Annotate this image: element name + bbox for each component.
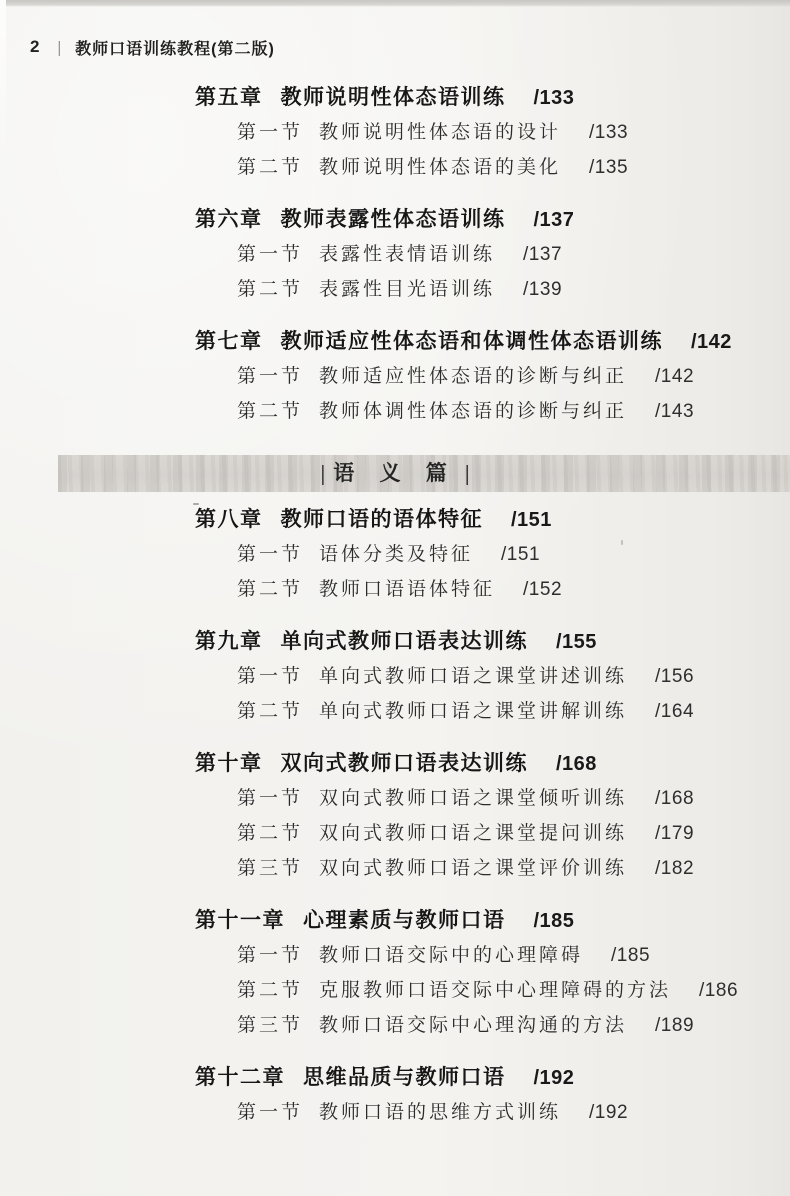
section-row: 第二节教师口语语体特征/152 (0, 576, 790, 604)
chapter-title: 思维品质与教师口语 (303, 1066, 506, 1089)
chapter-title: 教师说明性体态语训练 (281, 86, 506, 109)
part-divider-band: |语 义 篇| (58, 455, 790, 492)
section-page-ref: /137 (523, 244, 562, 265)
toc-chapter-11: 第十一章心理素质与教师口语/185 第一节教师口语交际中的心理障碍/185 第二… (0, 907, 790, 1040)
section-page-ref: /186 (699, 980, 738, 1001)
section-page-ref: /182 (655, 858, 694, 879)
chapter-page-ref: /192 (534, 1067, 575, 1089)
section-title: 克服教师口语交际中心理障碍的方法 (319, 980, 671, 1001)
part-title: 语 义 篇 (333, 461, 457, 485)
chapter-heading: 第八章教师口语的语体特征/151 (0, 506, 790, 534)
toc-chapter-9: 第九章单向式教师口语表达训练/155 第一节单向式教师口语之课堂讲述训练/156… (0, 628, 790, 726)
chapter-heading: 第十二章思维品质与教师口语/192 (0, 1064, 790, 1092)
section-title: 表露性表情语训练 (319, 244, 495, 265)
section-page-ref: /152 (523, 579, 562, 600)
section-row: 第二节双向式教师口语之课堂提问训练/179 (0, 820, 790, 848)
section-row: 第一节单向式教师口语之课堂讲述训练/156 (0, 663, 790, 691)
section-page-ref: /192 (589, 1102, 628, 1123)
section-title: 教师口语语体特征 (319, 579, 495, 600)
scan-speck (621, 540, 623, 545)
chapter-title: 单向式教师口语表达训练 (281, 630, 529, 653)
chapter-page-ref: /137 (534, 209, 575, 231)
section-row: 第一节双向式教师口语之课堂倾听训练/168 (0, 785, 790, 813)
section-number: 第二节 (237, 823, 303, 844)
toc-chapter-8: 第八章教师口语的语体特征/151 第一节语体分类及特征/151 第二节教师口语语… (0, 506, 790, 604)
section-row: 第二节教师说明性体态语的美化/135 (0, 154, 790, 182)
section-row: 第一节教师说明性体态语的设计/133 (0, 119, 790, 147)
part-divider-text: |语 义 篇| (0, 455, 790, 492)
chapter-number: 第九章 (195, 630, 263, 653)
chapter-title: 心理素质与教师口语 (303, 909, 506, 932)
section-title: 教师说明性体态语的设计 (319, 122, 561, 143)
chapter-title: 双向式教师口语表达训练 (281, 752, 529, 775)
chapter-page-ref: /133 (534, 87, 575, 109)
scan-speck (193, 503, 199, 505)
chapter-number: 第七章 (195, 330, 263, 353)
section-page-ref: /135 (589, 157, 628, 178)
section-number: 第一节 (237, 366, 303, 387)
chapter-heading: 第十章双向式教师口语表达训练/168 (0, 750, 790, 778)
section-title: 单向式教师口语之课堂讲解训练 (319, 701, 627, 722)
divider-left-bar: | (320, 454, 325, 495)
chapter-page-ref: /185 (534, 910, 575, 932)
section-number: 第二节 (237, 579, 303, 600)
chapter-heading: 第九章单向式教师口语表达训练/155 (0, 628, 790, 656)
section-page-ref: /185 (611, 945, 650, 966)
section-number: 第三节 (237, 1015, 303, 1036)
section-title: 双向式教师口语之课堂倾听训练 (319, 788, 627, 809)
section-number: 第二节 (237, 980, 303, 1001)
chapter-page-ref: /142 (691, 331, 732, 353)
section-number: 第三节 (237, 858, 303, 879)
section-number: 第一节 (237, 666, 303, 687)
section-page-ref: /143 (655, 401, 694, 422)
chapter-heading: 第六章教师表露性体态语训练/137 (0, 206, 790, 234)
chapter-heading: 第十一章心理素质与教师口语/185 (0, 907, 790, 935)
chapter-number: 第五章 (195, 86, 263, 109)
section-row: 第二节克服教师口语交际中心理障碍的方法/186 (0, 977, 790, 1005)
section-title: 教师口语交际中心理沟通的方法 (319, 1015, 627, 1036)
section-page-ref: /164 (655, 701, 694, 722)
section-row: 第二节教师体调性体态语的诊断与纠正/143 (0, 398, 790, 426)
toc-chapter-12: 第十二章思维品质与教师口语/192 第一节教师口语的思维方式训练/192 (0, 1064, 790, 1127)
divider-right-bar: | (465, 454, 470, 495)
section-row: 第三节双向式教师口语之课堂评价训练/182 (0, 855, 790, 883)
section-title: 教师口语交际中的心理障碍 (319, 945, 583, 966)
section-number: 第一节 (237, 788, 303, 809)
section-row: 第一节语体分类及特征/151 (0, 541, 790, 569)
section-title: 教师口语的思维方式训练 (319, 1102, 561, 1123)
toc-chapter-5: 第五章教师说明性体态语训练/133 第一节教师说明性体态语的设计/133 第二节… (0, 84, 790, 182)
section-row: 第一节教师口语的思维方式训练/192 (0, 1099, 790, 1127)
chapter-number: 第六章 (195, 208, 263, 231)
scanned-book-page: 2 | 教师口语训练教程(第二版) 第五章教师说明性体态语训练/133 第一节教… (0, 0, 790, 1196)
toc-chapter-7: 第七章教师适应性体态语和体调性体态语训练/142 第一节教师适应性体态语的诊断与… (0, 328, 790, 426)
section-row: 第一节教师口语交际中的心理障碍/185 (0, 942, 790, 970)
section-row: 第一节表露性表情语训练/137 (0, 241, 790, 269)
section-title: 教师体调性体态语的诊断与纠正 (319, 401, 627, 422)
section-title: 双向式教师口语之课堂评价训练 (319, 858, 627, 879)
chapter-title: 教师表露性体态语训练 (281, 208, 506, 231)
section-number: 第一节 (237, 544, 303, 565)
section-page-ref: /151 (501, 544, 540, 565)
section-row: 第二节表露性目光语训练/139 (0, 276, 790, 304)
chapter-number: 第十二章 (195, 1066, 285, 1089)
chapter-number: 第十章 (195, 752, 263, 775)
section-number: 第二节 (237, 157, 303, 178)
chapter-heading: 第五章教师说明性体态语训练/133 (0, 84, 790, 112)
section-number: 第一节 (237, 122, 303, 143)
section-page-ref: /189 (655, 1015, 694, 1036)
chapter-title: 教师适应性体态语和体调性体态语训练 (281, 330, 664, 353)
toc-chapter-10: 第十章双向式教师口语表达训练/168 第一节双向式教师口语之课堂倾听训练/168… (0, 750, 790, 883)
chapter-number: 第八章 (195, 508, 263, 531)
section-number: 第一节 (237, 244, 303, 265)
section-page-ref: /139 (523, 279, 562, 300)
chapter-heading: 第七章教师适应性体态语和体调性体态语训练/142 (0, 328, 790, 356)
section-page-ref: /168 (655, 788, 694, 809)
section-page-ref: /142 (655, 366, 694, 387)
section-row: 第一节教师适应性体态语的诊断与纠正/142 (0, 363, 790, 391)
toc-chapter-6: 第六章教师表露性体态语训练/137 第一节表露性表情语训练/137 第二节表露性… (0, 206, 790, 304)
section-number: 第二节 (237, 401, 303, 422)
section-page-ref: /179 (655, 823, 694, 844)
section-title: 表露性目光语训练 (319, 279, 495, 300)
chapter-title: 教师口语的语体特征 (281, 508, 484, 531)
chapter-page-ref: /151 (511, 509, 552, 531)
section-number: 第一节 (237, 1102, 303, 1123)
section-number: 第一节 (237, 945, 303, 966)
chapter-page-ref: /155 (556, 631, 597, 653)
section-number: 第二节 (237, 279, 303, 300)
section-row: 第二节单向式教师口语之课堂讲解训练/164 (0, 698, 790, 726)
section-title: 教师适应性体态语的诊断与纠正 (319, 366, 627, 387)
chapter-number: 第十一章 (195, 909, 285, 932)
section-page-ref: /156 (655, 666, 694, 687)
section-title: 语体分类及特征 (319, 544, 473, 565)
chapter-page-ref: /168 (556, 753, 597, 775)
section-number: 第二节 (237, 701, 303, 722)
section-title: 双向式教师口语之课堂提问训练 (319, 823, 627, 844)
section-title: 教师说明性体态语的美化 (319, 157, 561, 178)
table-of-contents: 第五章教师说明性体态语训练/133 第一节教师说明性体态语的设计/133 第二节… (0, 0, 790, 1127)
section-page-ref: /133 (589, 122, 628, 143)
section-row: 第三节教师口语交际中心理沟通的方法/189 (0, 1012, 790, 1040)
section-title: 单向式教师口语之课堂讲述训练 (319, 666, 627, 687)
